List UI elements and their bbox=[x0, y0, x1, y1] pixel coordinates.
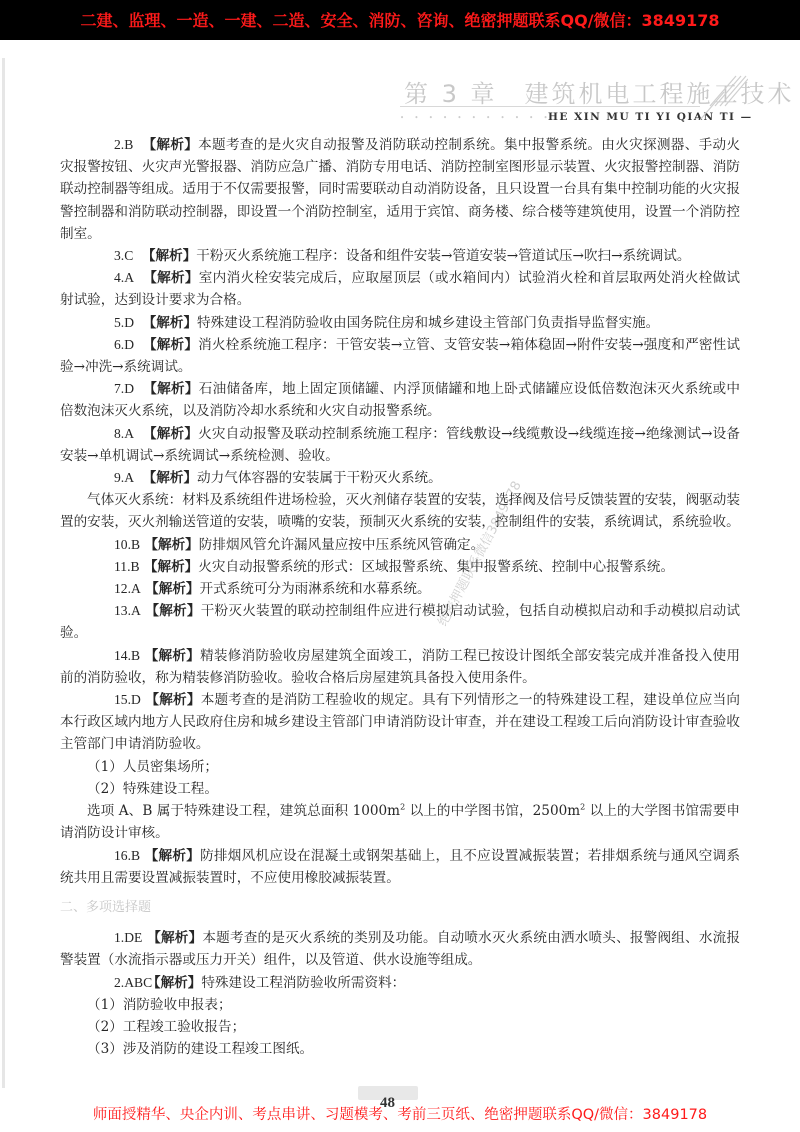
answer-number: 10.B bbox=[87, 534, 140, 556]
page-edge-rule bbox=[2, 58, 5, 1088]
answer-text: 开式系统可分为雨淋系统和水幕系统。 bbox=[200, 581, 431, 597]
answer-5: 5.D 【解析】特殊建设工程消防验收由国务院住房和城乡建设主管部门负责指导监督实… bbox=[60, 312, 740, 334]
answer-number: 11.B bbox=[87, 556, 140, 578]
answer-number: 7.D bbox=[87, 378, 134, 400]
answer-10: 10.B 【解析】防排烟风管允许漏风量应按中压系统风管确定。 bbox=[60, 534, 740, 556]
analysis-tag: 【解析】 bbox=[144, 559, 198, 575]
answer-6: 6.D 【解析】消火栓系统施工程序：干管安装→立管、支管安装→箱体稳固→附件安装… bbox=[60, 334, 740, 378]
answer-number: 14.B bbox=[87, 645, 140, 667]
top-banner-text: 二建、监理、一造、一建、二造、安全、消防、咨询、绝密押题联系QQ/微信：3849… bbox=[0, 8, 800, 31]
answer-12: 12.A 【解析】开式系统可分为雨淋系统和水幕系统。 bbox=[60, 578, 740, 600]
answer-3: 3.C 【解析】干粉灭火系统施工程序：设备和组件安装→管道安装→管道试压→吹扫→… bbox=[60, 245, 740, 267]
note-text: 以上的中学图书馆，2500m bbox=[405, 803, 580, 819]
analysis-tag: 【解析】 bbox=[145, 692, 200, 708]
analysis-tag: 【解析】 bbox=[145, 648, 200, 664]
answer-8: 8.A 【解析】火灾自动报警及联动控制系统施工程序：管线敷设→线缆敷设→线缆连接… bbox=[60, 423, 740, 467]
answer-number: 9.A bbox=[87, 467, 134, 489]
answer-13: 13.A 【解析】干粉灭火装置的联动控制组件应进行模拟启动试验，包括自动模拟启动… bbox=[60, 600, 740, 644]
answer-text: 特殊建设工程消防验收所需资料： bbox=[201, 975, 405, 991]
answer-text: 动力气体容器的安装属于干粉灭火系统。 bbox=[197, 470, 442, 486]
analysis-tag: 【解析】 bbox=[142, 248, 196, 264]
answer-number: 16.B bbox=[87, 845, 140, 867]
analysis-tag: 【解析】 bbox=[143, 470, 197, 486]
multi-answer-2: 2.ABC【解析】特殊建设工程消防验收所需资料： bbox=[60, 972, 740, 994]
analysis-tag: 【解析】 bbox=[143, 270, 199, 286]
answer-number: 13.A bbox=[87, 600, 141, 622]
answer-14: 14.B 【解析】精装修消防验收房屋建筑全面竣工，消防工程已按设计图纸全部安装完… bbox=[60, 645, 740, 689]
analysis-tag: 【解析】 bbox=[145, 603, 200, 619]
section-heading-multiple-choice: 二、多项选择题 bbox=[60, 897, 740, 919]
analysis-tag: 【解析】 bbox=[143, 381, 199, 397]
answer-number: 12.A bbox=[87, 578, 141, 600]
answer-15-note: 选项 A、B 属于特殊建设工程，建筑总面积 1000m2 以上的中学图书馆，25… bbox=[60, 800, 740, 844]
chapter-header: 第 3 章 建筑机电工程施工技术 • • • • • • • • • • • H… bbox=[400, 72, 800, 122]
top-banner: 二建、监理、一造、一建、二造、安全、消防、咨询、绝密押题联系QQ/微信：3849… bbox=[0, 0, 800, 40]
answer-4: 4.A 【解析】室内消火栓安装完成后，应取屋顶层（或水箱间内）试验消火栓和首层取… bbox=[60, 267, 740, 311]
answer-15: 15.D 【解析】本题考查的是消防工程验收的规定。具有下列情形之一的特殊建设工程… bbox=[60, 689, 740, 756]
answer-content: 2.B 【解析】本题考查的是火灾自动报警及消防联动控制系统。集中报警系统。由火灾… bbox=[60, 134, 740, 1060]
note-text: 选项 A、B 属于特殊建设工程，建筑总面积 1000m bbox=[87, 803, 400, 819]
analysis-tag: 【解析】 bbox=[145, 848, 200, 864]
answer-15-item-1: （1）人员密集场所； bbox=[60, 756, 740, 778]
analysis-tag: 【解析】 bbox=[145, 581, 199, 597]
hatch-decoration-icon bbox=[700, 72, 748, 120]
header-dots: • • • • • • • • • • • bbox=[400, 114, 552, 122]
answer-number: 15.D bbox=[87, 689, 141, 711]
multi-2-item-3: （3）涉及消防的建设工程竣工图纸。 bbox=[60, 1038, 740, 1060]
answer-text: 火灾自动报警系统的形式：区域报警系统、集中报警系统、控制中心报警系统。 bbox=[198, 559, 674, 575]
answer-text: 防排烟风管允许漏风量应按中压系统风管确定。 bbox=[199, 537, 484, 553]
answer-number: 1.DE bbox=[87, 927, 147, 949]
answer-2: 2.B 【解析】本题考查的是火灾自动报警及消防联动控制系统。集中报警系统。由火灾… bbox=[60, 134, 740, 245]
analysis-tag: 【解析】 bbox=[144, 537, 198, 553]
answer-16: 16.B 【解析】防排烟风机应设在混凝土或钢架基础上，且不应设置减振装置；若排烟… bbox=[60, 845, 740, 889]
analysis-tag: 【解析】 bbox=[147, 930, 202, 946]
answer-number: 2.ABC bbox=[87, 972, 147, 994]
answer-7: 7.D 【解析】石油储备库，地上固定顶储罐、内浮顶储罐和地上卧式储罐应设低倍数泡… bbox=[60, 378, 740, 422]
answer-text: 特殊建设工程消防验收由国务院住房和城乡建设主管部门负责指导监督实施。 bbox=[197, 315, 659, 331]
analysis-tag: 【解析】 bbox=[143, 315, 197, 331]
answer-9-detail: 气体灭火系统：材料及系统组件进场检验，灭火剂储存装置的安装，选择阀及信号反馈装置… bbox=[60, 489, 740, 533]
multi-2-item-1: （1）消防验收申报表； bbox=[60, 994, 740, 1016]
answer-9: 9.A 【解析】动力气体容器的安装属于干粉灭火系统。 bbox=[60, 467, 740, 489]
answer-number: 3.C bbox=[87, 245, 133, 267]
answer-number: 6.D bbox=[87, 334, 134, 356]
answer-text: 干粉灭火系统施工程序：设备和组件安装→管道安装→管道试压→吹扫→系统调试。 bbox=[196, 248, 690, 264]
answer-number: 4.A bbox=[87, 267, 134, 289]
multi-answer-1: 1.DE【解析】本题考查的是灭火系统的类别及功能。自动喷水灭火系统由洒水喷头、报… bbox=[60, 927, 740, 971]
analysis-tag: 【解析】 bbox=[143, 426, 198, 442]
analysis-tag: 【解析】 bbox=[147, 975, 201, 991]
analysis-tag: 【解析】 bbox=[143, 137, 199, 153]
answer-number: 8.A bbox=[87, 423, 134, 445]
answer-11: 11.B 【解析】火灾自动报警系统的形式：区域报警系统、集中报警系统、控制中心报… bbox=[60, 556, 740, 578]
multi-2-item-2: （2）工程竣工验收报告； bbox=[60, 1016, 740, 1038]
analysis-tag: 【解析】 bbox=[143, 337, 198, 353]
answer-text: 气体灭火系统：材料及系统组件进场检验，灭火剂储存装置的安装，选择阀及信号反馈装置… bbox=[60, 492, 740, 530]
bottom-banner: 师面授精华、央企内训、考点串讲、习题模考、考前三页纸、绝密押题联系QQ/微信：3… bbox=[0, 1103, 800, 1124]
answer-number: 5.D bbox=[87, 312, 134, 334]
answer-number: 2.B bbox=[87, 134, 133, 156]
answer-15-item-2: （2）特殊建设工程。 bbox=[60, 778, 740, 800]
header-divider bbox=[400, 106, 700, 107]
